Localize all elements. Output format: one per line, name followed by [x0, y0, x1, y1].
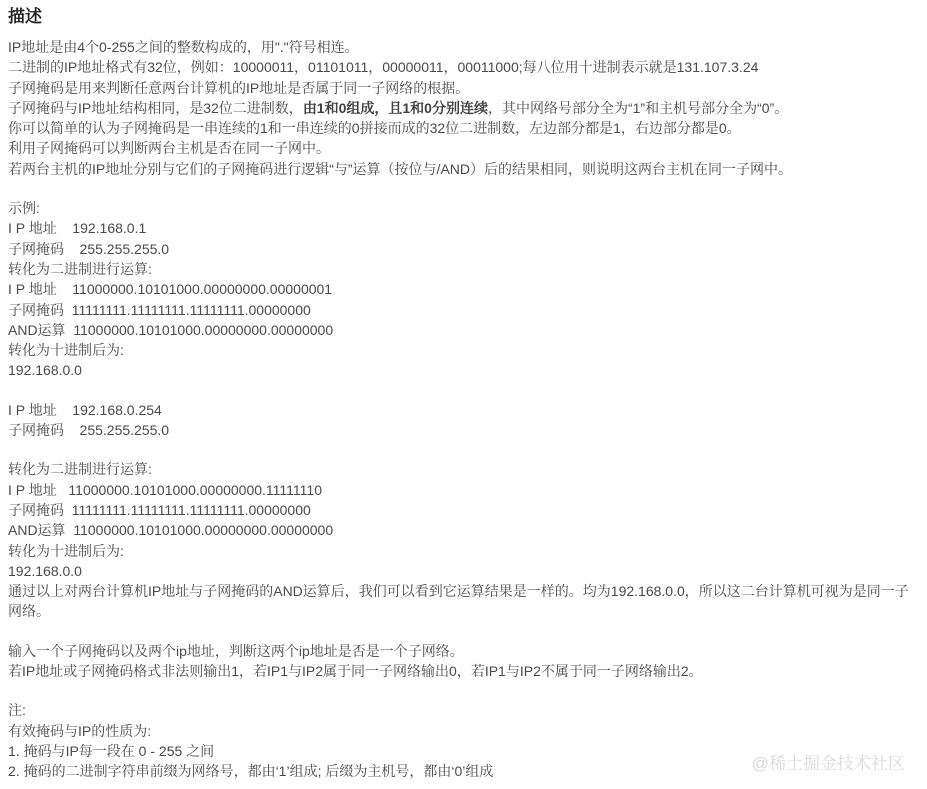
blank-line — [8, 179, 920, 198]
text-line: I P 地址 11000000.10101000.00000000.000000… — [8, 279, 920, 299]
blank-line — [8, 681, 920, 700]
text-line: 通过以上对两台计算机IP地址与子网掩码的AND运算后，我们可以看到它运算结果是一… — [8, 581, 920, 622]
page: { "page": { "title": "描述", "watermark": … — [0, 0, 927, 789]
text-line: 示例: — [8, 198, 920, 218]
text-line: AND运算 11000000.10101000.00000000.0000000… — [8, 320, 920, 340]
description-text: IP地址是由4个0-255之间的整数构成的，用"."符号相连。二进制的IP地址格… — [8, 37, 920, 782]
text-line: 转化为二进制进行运算: — [8, 459, 920, 479]
text-line: 若两台主机的IP地址分别与它们的子网掩码进行逻辑“与”运算（按位与/AND）后的… — [8, 159, 920, 179]
text-line: 你可以简单的认为子网掩码是一串连续的1和一串连续的0拼接而成的32位二进制数，左… — [8, 118, 920, 138]
watermark: @稀土掘金技术社区 — [752, 749, 905, 774]
blank-line — [8, 381, 920, 400]
text-line: 输入一个子网掩码以及两个ip地址，判断这两个ip地址是否是一个子网络。 — [8, 641, 920, 661]
text-line: 子网掩码 255.255.255.0 — [8, 420, 920, 440]
blank-line — [8, 440, 920, 459]
text-line: 子网掩码 11111111.11111111.11111111.00000000 — [8, 300, 920, 320]
text-line: 子网掩码 11111111.11111111.11111111.00000000 — [8, 500, 920, 520]
text-line: 转化为二进制进行运算: — [8, 259, 920, 279]
text-line: 转化为十进制后为: — [8, 340, 920, 360]
text-line: AND运算 11000000.10101000.00000000.0000000… — [8, 520, 920, 540]
text-line: I P 地址 192.168.0.1 — [8, 218, 920, 238]
text-line: 有效掩码与IP的性质为: — [8, 721, 920, 741]
text-line: 192.168.0.0 — [8, 561, 920, 581]
text-line: 若IP地址或子网掩码格式非法则输出1，若IP1与IP2属于同一子网络输出0，若I… — [8, 661, 920, 681]
text-line: 利用子网掩码可以判断两台主机是否在同一子网中。 — [8, 138, 920, 158]
text-line: 子网掩码 255.255.255.0 — [8, 239, 920, 259]
text-line: I P 地址 192.168.0.254 — [8, 400, 920, 420]
text-line: 子网掩码与IP地址结构相同，是32位二进制数，由1和0组成，且1和0分别连续，其… — [8, 98, 920, 118]
problem-description: 描述 IP地址是由4个0-255之间的整数构成的，用"."符号相连。二进制的IP… — [0, 0, 927, 782]
text-line: 注: — [8, 700, 920, 720]
text-line: I P 地址 11000000.10101000.00000000.111111… — [8, 480, 920, 500]
text-line: 二进制的IP地址格式有32位，例如：10000011，01101011，0000… — [8, 57, 920, 77]
text-line: 192.168.0.0 — [8, 360, 920, 380]
text-line: 子网掩码是用来判断任意两台计算机的IP地址是否属于同一子网络的根据。 — [8, 78, 920, 98]
text-line: IP地址是由4个0-255之间的整数构成的，用"."符号相连。 — [8, 37, 920, 57]
text-line: 转化为十进制后为: — [8, 541, 920, 561]
page-title: 描述 — [8, 6, 917, 28]
blank-line — [8, 622, 920, 641]
